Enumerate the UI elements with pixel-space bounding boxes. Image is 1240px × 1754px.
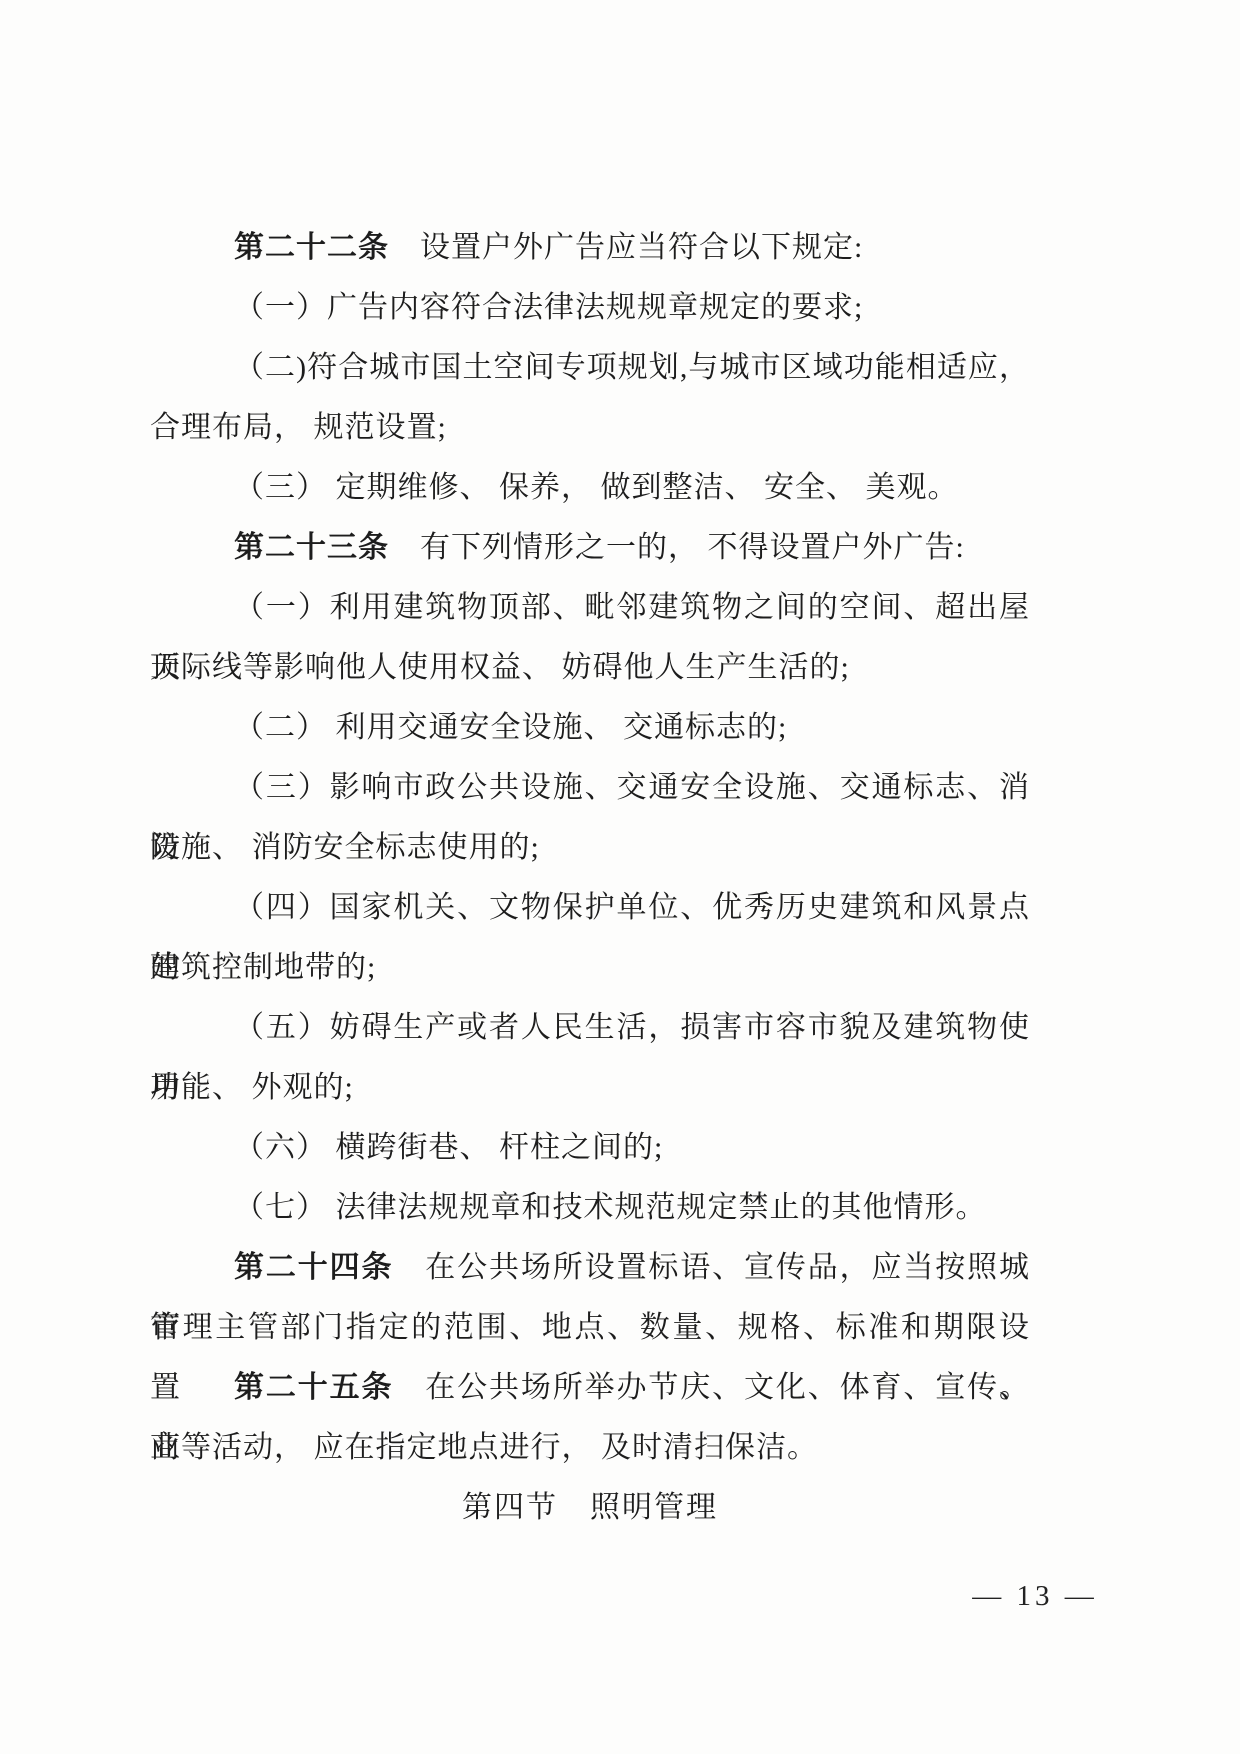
text-line: （四）国家机关、文物保护单位、优秀历史建筑和风景点的	[150, 878, 1030, 938]
text-run: 建筑控制地带的;	[150, 951, 376, 984]
text-line: 管理主管部门指定的范围、地点、数量、规格、标准和期限设置。	[150, 1298, 1030, 1358]
text-line: （一）广告内容符合法律法规规章规定的要求;	[150, 278, 1030, 338]
text-line: （五）妨碍生产或者人民生活，损害市容市貌及建筑物使用	[150, 998, 1030, 1058]
text-line: 功能、 外观的;	[150, 1058, 1030, 1118]
text-line: 第二十四条 在公共场所设置标语、宣传品，应当按照城市	[150, 1238, 1030, 1298]
article-number: 第二十三条	[234, 531, 389, 564]
text-line: （六） 横跨街巷、 杆柱之间的;	[150, 1118, 1030, 1178]
article-number: 第二十五条	[234, 1371, 393, 1404]
text-line: 业等活动， 应在指定地点进行， 及时清扫保洁。	[150, 1418, 1030, 1478]
text-line: 天际线等影响他人使用权益、 妨碍他人生产生活的;	[150, 638, 1030, 698]
text-line: 第四节 照明管理	[150, 1478, 1030, 1538]
article-number: 第二十二条	[234, 231, 389, 264]
text-run: 第四节 照明管理	[462, 1491, 718, 1524]
text-line: （七） 法律法规规章和技术规范规定禁止的其他情形。	[150, 1178, 1030, 1238]
text-line: 第二十三条 有下列情形之一的， 不得设置户外广告:	[150, 518, 1030, 578]
text-run: （一）广告内容符合法律法规规章规定的要求;	[234, 291, 863, 324]
text-run: （七） 法律法规规章和技术规范规定禁止的其他情形。	[234, 1191, 987, 1224]
text-run: 合理布局， 规范设置;	[150, 411, 447, 444]
document-page: 第二十二条 设置户外广告应当符合以下规定:（一）广告内容符合法律法规规章规定的要…	[0, 0, 1240, 1754]
text-line: 建筑控制地带的;	[150, 938, 1030, 998]
text-run: 天际线等影响他人使用权益、 妨碍他人生产生活的;	[150, 651, 850, 684]
document-body: 第二十二条 设置户外广告应当符合以下规定:（一）广告内容符合法律法规规章规定的要…	[150, 218, 1030, 1538]
text-run: 有下列情形之一的， 不得设置户外广告:	[389, 531, 965, 564]
text-line: 设施、 消防安全标志使用的;	[150, 818, 1030, 878]
text-line: 第二十二条 设置户外广告应当符合以下规定:	[150, 218, 1030, 278]
text-run: 设施、 消防安全标志使用的;	[150, 831, 540, 864]
text-run: （二） 利用交通安全设施、 交通标志的;	[234, 711, 787, 744]
text-run: 业等活动， 应在指定地点进行， 及时清扫保洁。	[150, 1431, 818, 1464]
text-run: （六） 横跨街巷、 杆柱之间的;	[234, 1131, 663, 1164]
page-number: — 13 —	[960, 1578, 1110, 1614]
text-run: 功能、 外观的;	[150, 1071, 354, 1104]
text-line: （一）利用建筑物顶部、毗邻建筑物之间的空间、超出屋顶	[150, 578, 1030, 638]
text-run: （二)符合城市国土空间专项规划,与城市区域功能相适应，	[234, 351, 1030, 384]
text-line: 合理布局， 规范设置;	[150, 398, 1030, 458]
text-line: （三） 定期维修、 保养， 做到整洁、 安全、 美观。	[150, 458, 1030, 518]
text-line: （二） 利用交通安全设施、 交通标志的;	[150, 698, 1030, 758]
article-number: 第二十四条	[234, 1251, 393, 1284]
text-line: （三）影响市政公共设施、交通安全设施、交通标志、消防	[150, 758, 1030, 818]
text-run: 设置户外广告应当符合以下规定:	[389, 231, 863, 264]
text-line: 第二十五条 在公共场所举办节庆、文化、体育、宣传、商	[150, 1358, 1030, 1418]
text-run: （三） 定期维修、 保养， 做到整洁、 安全、 美观。	[234, 471, 959, 504]
text-line: （二)符合城市国土空间专项规划,与城市区域功能相适应，	[150, 338, 1030, 398]
